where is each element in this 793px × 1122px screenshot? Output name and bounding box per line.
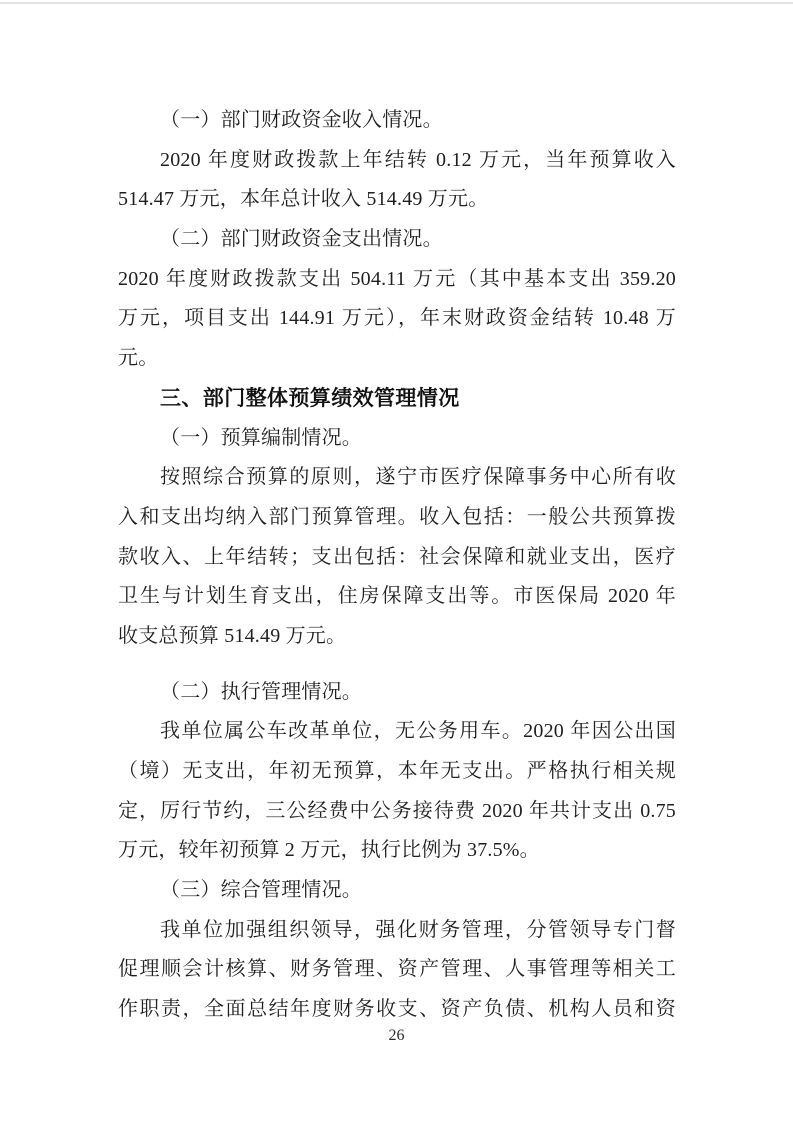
document-line: 收支总预算 514.49 万元。	[118, 617, 676, 657]
document-line: （境）无支出，年初无预算，本年无支出。严格执行相关规	[118, 752, 676, 792]
scan-edge-line	[0, 2, 793, 4]
document-body: （一）部门财政资金收入情况。2020 年度财政拨款上年结转 0.12 万元，当年…	[118, 101, 676, 1030]
document-line: （二）部门财政资金支出情况。	[118, 220, 676, 260]
document-line: 款收入、上年结转；支出包括：社会保障和就业支出，医疗	[118, 538, 676, 578]
document-line: 元。	[118, 339, 676, 379]
document-line: （一）部门财政资金收入情况。	[118, 101, 676, 141]
document-line: （二）执行管理情况。	[118, 673, 676, 713]
section-heading: 三、部门整体预算绩效管理情况	[118, 379, 676, 419]
document-line: 作职责，全面总结年度财务收支、资产负债、机构人员和资	[118, 990, 676, 1030]
document-line: 促理顺会计核算、财务管理、资产管理、人事管理等相关工	[118, 950, 676, 990]
document-line: 514.47 万元，本年总计收入 514.49 万元。	[118, 180, 676, 220]
document-line: 按照综合预算的原则，遂宁市医疗保障事务中心所有收	[118, 458, 676, 498]
document-line: （三）综合管理情况。	[118, 871, 676, 911]
document-line: 入和支出均纳入部门预算管理。收入包括：一般公共预算拨	[118, 498, 676, 538]
document-line: 定，厉行节约，三公经费中公务接待费 2020 年共计支出 0.75	[118, 792, 676, 832]
document-line: 我单位加强组织领导，强化财务管理，分管领导专门督	[118, 911, 676, 951]
document-line: 卫生与计划生育支出，住房保障支出等。市医保局 2020 年	[118, 577, 676, 617]
document-line: （一）预算编制情况。	[118, 419, 676, 459]
document-page: { "page": { "number": "26", "background_…	[0, 0, 793, 1122]
document-line: 2020 年度财政拨款支出 504.11 万元（其中基本支出 359.20	[118, 260, 676, 300]
document-line: 万元，项目支出 144.91 万元），年末财政资金结转 10.48 万	[118, 299, 676, 339]
document-line: 2020 年度财政拨款上年结转 0.12 万元，当年预算收入	[118, 141, 676, 181]
document-line: 我单位属公车改革单位，无公务用车。2020 年因公出国	[118, 712, 676, 752]
document-line: 万元，较年初预算 2 万元，执行比例为 37.5%。	[118, 831, 676, 871]
page-number: 26	[0, 1026, 793, 1046]
